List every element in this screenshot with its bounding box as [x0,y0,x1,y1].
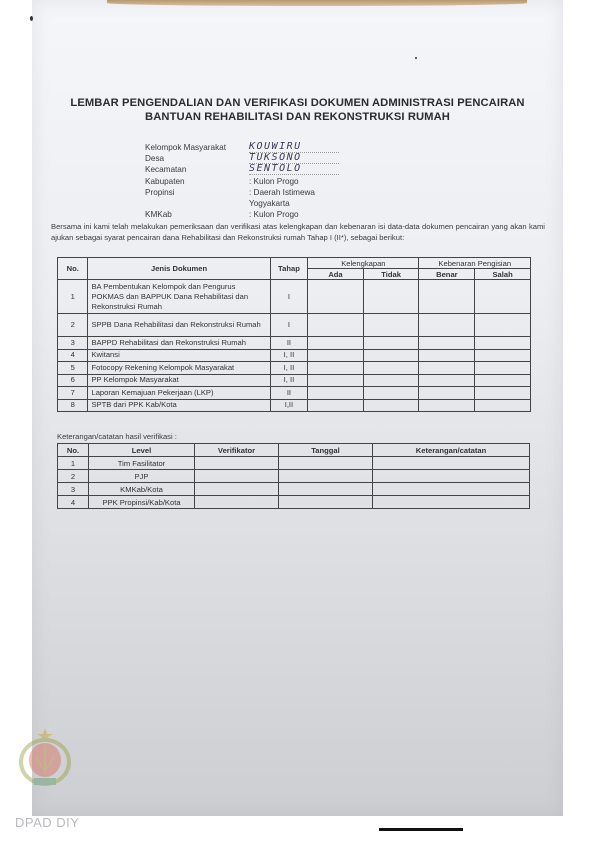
check-tidak[interactable] [363,349,419,362]
intro-paragraph: Bersama ini kami telah melakukan pemerik… [51,222,545,243]
check-ada[interactable] [308,280,364,314]
document-checklist-table: No. Jenis Dokumen Tahap Kelengkapan Kebe… [57,257,531,412]
row-number: 1 [58,280,88,314]
check-ada[interactable] [308,337,364,350]
check-benar[interactable] [419,280,475,314]
verifikator-cell[interactable] [195,457,279,470]
document-name: BA Pembentukan Kelompok dan Pengurus POK… [88,280,270,314]
watermark-text: DPAD DIY [15,815,79,830]
identity-label: KMKab [145,209,249,220]
col-no: No. [58,258,88,280]
check-tidak[interactable] [363,374,419,387]
document-name: BAPPD Rehabilitasi dan Rekonstruksi Ruma… [88,337,270,350]
title-line-2: BANTUAN REHABILITASI DAN REKONSTRUKSI RU… [52,110,543,124]
table-row: 2PJP [58,470,530,483]
verification-level: PJP [89,470,195,483]
stage: I, II [270,349,308,362]
title-line-1: LEMBAR PENGENDALIAN DAN VERIFIKASI DOKUM… [52,96,543,110]
document-name: PP Kelompok Masyarakat [88,374,270,387]
table-row: 5Fotocopy Rekening Kelompok MasyarakatI,… [58,362,531,375]
page-top-edge [107,0,527,6]
verification-level: Tim Fasilitator [89,457,195,470]
check-salah[interactable] [475,362,531,375]
check-salah[interactable] [475,399,531,412]
row-number: 2 [58,314,88,337]
table-row: 6PP Kelompok MasyarakatI, II [58,374,531,387]
speck [30,16,33,21]
tanggal-cell[interactable] [279,483,373,496]
identity-row: Propinsi: Daerah Istimewa Yogyakarta [145,187,339,209]
stage: I, II [270,374,308,387]
check-ada[interactable] [308,349,364,362]
col-kelengkapan: Kelengkapan [308,258,419,269]
identity-row: Kelompok MasyarakatKOUWIRU [145,142,339,153]
check-benar[interactable] [419,399,475,412]
check-ada[interactable] [308,399,364,412]
stage: II [270,337,308,350]
table-row: 1Tim Fasilitator [58,457,530,470]
document-name: SPTB dari PPK Kab/Kota [88,399,270,412]
check-salah[interactable] [475,374,531,387]
identity-value: : Kulon Progo [249,176,339,187]
tanggal-cell[interactable] [279,457,373,470]
verifikator-cell[interactable] [195,470,279,483]
verifikator-cell[interactable] [195,496,279,509]
document-name: SPPB Dana Rehabilitasi dan Rekonstruksi … [88,314,270,337]
check-tidak[interactable] [363,314,419,337]
identity-label: Kecamatan [145,164,249,175]
document-name: Kwitansi [88,349,270,362]
col-kebenaran-pengisian: Kebenaran Pengisian [419,258,531,269]
check-benar[interactable] [419,337,475,350]
document-name: Laporan Kemajuan Pekerjaan (LKP) [88,387,270,400]
scanned-page: LEMBAR PENGENDALIAN DAN VERIFIKASI DOKUM… [32,0,563,816]
row-number: 3 [58,337,88,350]
check-salah[interactable] [475,314,531,337]
row-number: 1 [58,457,89,470]
identity-row: KMKab: Kulon Progo [145,209,339,220]
check-salah[interactable] [475,337,531,350]
document-name: Fotocopy Rekening Kelompok Masyarakat [88,362,270,375]
col-tidak: Tidak [363,269,419,280]
row-number: 4 [58,496,89,509]
col-no: No. [58,444,89,457]
emblem-logo-icon [16,726,74,790]
col-tanggal: Tanggal [279,444,373,457]
row-number: 4 [58,349,88,362]
stage: II [270,387,308,400]
identity-value: : Daerah Istimewa Yogyakarta [249,187,339,209]
tanggal-cell[interactable] [279,496,373,509]
check-tidak[interactable] [363,280,419,314]
check-benar[interactable] [419,374,475,387]
notes-label: Keterangan/catatan hasil verifikasi : [57,432,177,441]
identity-row: Kabupaten: Kulon Progo [145,176,339,187]
row-number: 2 [58,470,89,483]
keterangan-cell[interactable] [373,483,530,496]
table-row: 7Laporan Kemajuan Pekerjaan (LKP)II [58,387,531,400]
check-tidak[interactable] [363,399,419,412]
row-number: 6 [58,374,88,387]
verification-table: No. Level Verifikator Tanggal Keterangan… [57,443,530,509]
verifikator-cell[interactable] [195,483,279,496]
verification-level: PPK Propinsi/Kab/Kota [89,496,195,509]
check-ada[interactable] [308,314,364,337]
row-number: 7 [58,387,88,400]
keterangan-cell[interactable] [373,470,530,483]
check-ada[interactable] [308,374,364,387]
stage: I,II [270,399,308,412]
identity-row: DesaTUKSONO [145,153,339,164]
table-row: 1BA Pembentukan Kelompok dan Pengurus PO… [58,280,531,314]
table-row: 8SPTB dari PPK Kab/KotaI,II [58,399,531,412]
col-ada: Ada [308,269,364,280]
stage: I [270,280,308,314]
identity-label: Propinsi [145,187,249,209]
bottom-bar [379,828,463,831]
table-row: 3BAPPD Rehabilitasi dan Rekonstruksi Rum… [58,337,531,350]
check-ada[interactable] [308,387,364,400]
col-benar: Benar [419,269,475,280]
check-tidak[interactable] [363,387,419,400]
table-row: 4KwitansiI, II [58,349,531,362]
col-tahap: Tahap [270,258,308,280]
identity-block: Kelompok MasyarakatKOUWIRUDesaTUKSONOKec… [145,142,339,220]
identity-row: KecamatanSENTOLO [145,164,339,175]
stage: I, II [270,362,308,375]
speck [415,57,417,59]
handwritten-value: SENTOLO [249,164,339,175]
check-benar[interactable] [419,387,475,400]
keterangan-cell[interactable] [373,496,530,509]
identity-label: Kelompok Masyarakat [145,142,249,153]
col-level: Level [89,444,195,457]
col-jenis-dokumen: Jenis Dokumen [88,258,270,280]
table-row: 2SPPB Dana Rehabilitasi dan Rekonstruksi… [58,314,531,337]
row-number: 3 [58,483,89,496]
keterangan-cell[interactable] [373,457,530,470]
check-benar[interactable] [419,314,475,337]
tanggal-cell[interactable] [279,470,373,483]
check-benar[interactable] [419,349,475,362]
table-row: 4PPK Propinsi/Kab/Kota [58,496,530,509]
identity-value: : Kulon Progo [249,209,339,220]
identity-label: Desa [145,153,249,164]
check-salah[interactable] [475,280,531,314]
row-number: 8 [58,399,88,412]
page-title: LEMBAR PENGENDALIAN DAN VERIFIKASI DOKUM… [52,96,543,124]
col-salah: Salah [475,269,531,280]
identity-label: Kabupaten [145,176,249,187]
table-row: 3KMKab/Kota [58,483,530,496]
check-salah[interactable] [475,387,531,400]
check-benar[interactable] [419,362,475,375]
check-tidak[interactable] [363,337,419,350]
check-tidak[interactable] [363,362,419,375]
col-keterangan: Keterangan/catatan [373,444,530,457]
row-number: 5 [58,362,88,375]
check-salah[interactable] [475,349,531,362]
stage: I [270,314,308,337]
check-ada[interactable] [308,362,364,375]
verification-level: KMKab/Kota [89,483,195,496]
col-verifikator: Verifikator [195,444,279,457]
